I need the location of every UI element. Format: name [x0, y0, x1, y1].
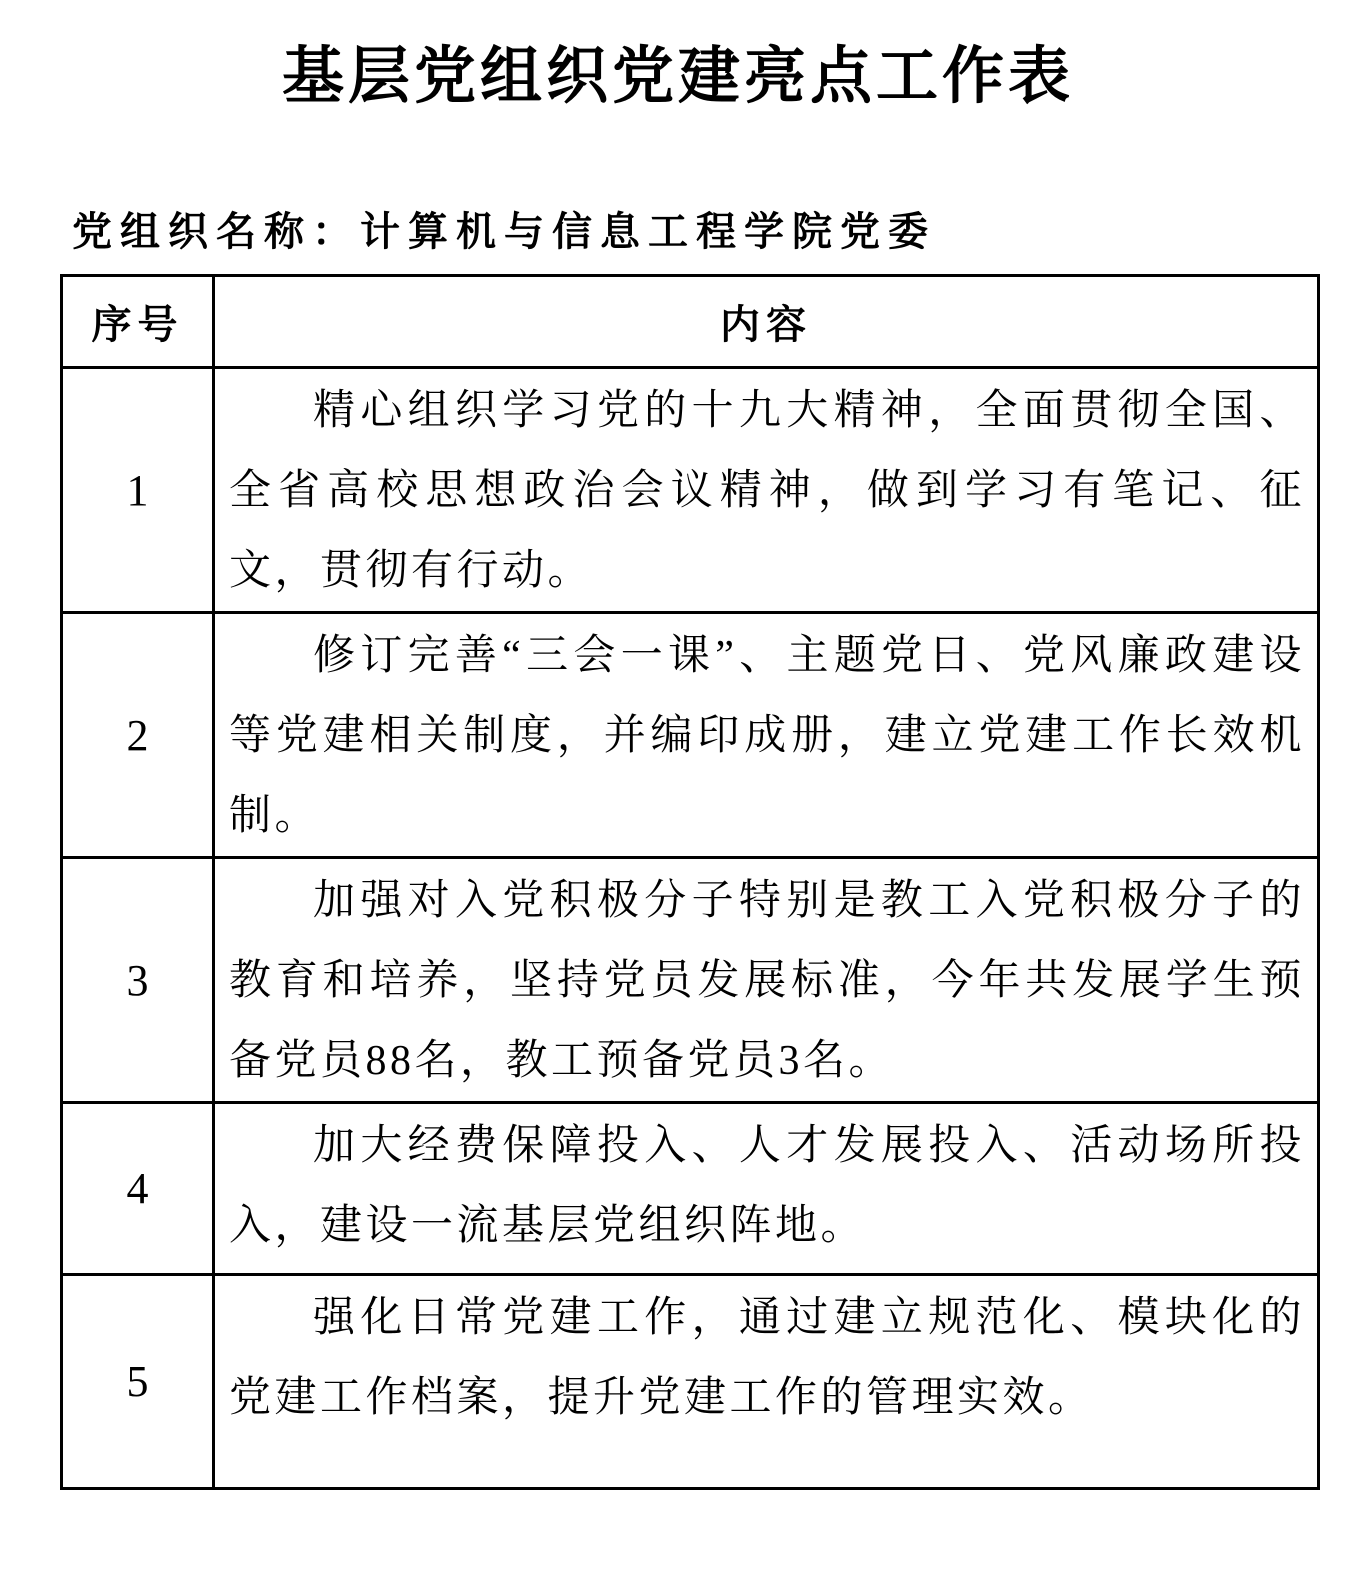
row-index: 5 [62, 1275, 214, 1489]
row-content: 强化日常党建工作，通过建立规范化、模块化的党建工作档案，提升党建工作的管理实效。 [214, 1275, 1319, 1489]
row-content-text: 加大经费保障投入、人才发展投入、活动场所投入，建设一流基层党组织阵地。 [229, 1106, 1305, 1266]
row-index: 1 [62, 368, 214, 613]
row-content-text: 强化日常党建工作，通过建立规范化、模块化的党建工作档案，提升党建工作的管理实效。 [229, 1278, 1305, 1438]
table-row: 4 加大经费保障投入、人才发展投入、活动场所投入，建设一流基层党组织阵地。 [62, 1103, 1319, 1275]
row-content: 加强对入党积极分子特别是教工入党积极分子的教育和培养，坚持党员发展标准，今年共发… [214, 858, 1319, 1103]
row-index: 4 [62, 1103, 214, 1275]
org-name-line: 党组织名称：计算机与信息工程学院党委 [72, 206, 1356, 258]
header-index: 序号 [62, 276, 214, 368]
row-content-text: 加强对入党积极分子特别是教工入党积极分子的教育和培养，坚持党员发展标准，今年共发… [229, 861, 1305, 1101]
org-name-label: 党组织名称： [72, 209, 360, 254]
table-row: 3 加强对入党积极分子特别是教工入党积极分子的教育和培养，坚持党员发展标准，今年… [62, 858, 1319, 1103]
table-row: 1 精心组织学习党的十九大精神，全面贯彻全国、全省高校思想政治会议精神，做到学习… [62, 368, 1319, 613]
row-index: 3 [62, 858, 214, 1103]
highlights-table: 序号 内容 1 精心组织学习党的十九大精神，全面贯彻全国、全省高校思想政治会议精… [60, 274, 1320, 1490]
header-content: 内容 [214, 276, 1319, 368]
row-content: 修订完善“三会一课”、主题党日、党风廉政建设等党建相关制度，并编印成册，建立党建… [214, 613, 1319, 858]
row-content-text: 修订完善“三会一课”、主题党日、党风廉政建设等党建相关制度，并编印成册，建立党建… [229, 616, 1305, 856]
row-content: 精心组织学习党的十九大精神，全面贯彻全国、全省高校思想政治会议精神，做到学习有笔… [214, 368, 1319, 613]
row-content-text: 精心组织学习党的十九大精神，全面贯彻全国、全省高校思想政治会议精神，做到学习有笔… [229, 371, 1305, 611]
row-content: 加大经费保障投入、人才发展投入、活动场所投入，建设一流基层党组织阵地。 [214, 1103, 1319, 1275]
table-row: 2 修订完善“三会一课”、主题党日、党风廉政建设等党建相关制度，并编印成册，建立… [62, 613, 1319, 858]
row-index: 2 [62, 613, 214, 858]
org-name-value: 计算机与信息工程学院党委 [360, 209, 936, 254]
document-title: 基层党组织党建亮点工作表 [0, 0, 1356, 118]
table-header-row: 序号 内容 [62, 276, 1319, 368]
table-row: 5 强化日常党建工作，通过建立规范化、模块化的党建工作档案，提升党建工作的管理实… [62, 1275, 1319, 1489]
